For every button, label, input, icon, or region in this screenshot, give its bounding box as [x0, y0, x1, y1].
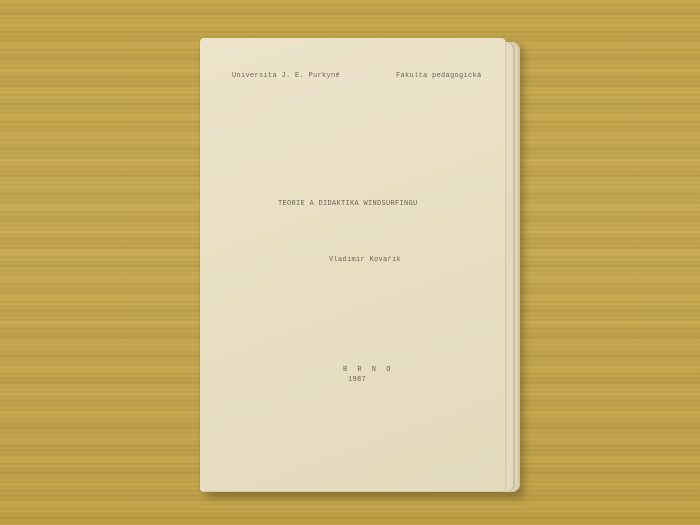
- year: 1987: [348, 376, 366, 384]
- faculty-name: Fakulta pedagogická: [396, 72, 482, 80]
- document-title: TEORIE A DIDAKTIKA WINDSURFINGU: [278, 200, 418, 208]
- cover-page: Universita J. E. Purkyně Fakulta pedagog…: [200, 38, 505, 491]
- university-name: Universita J. E. Purkyně: [232, 72, 340, 80]
- city: B R N O: [343, 366, 393, 374]
- author-name: Vladimír Kovařík: [329, 256, 401, 264]
